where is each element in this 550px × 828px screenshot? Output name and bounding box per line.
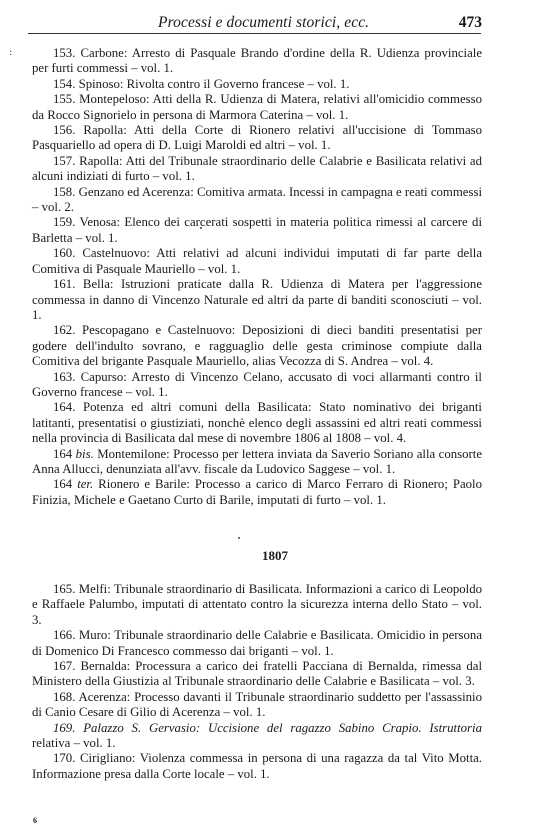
entry-text: Rapolla: Atti della Corte di Rionero rel… <box>32 123 482 152</box>
entry-text: Montepeloso: Atti della R. Udienza di Ma… <box>32 92 482 121</box>
entry-162: 162. Pescopagano e Castelnuovo: Deposizi… <box>32 323 482 369</box>
entry-text: Bernalda: Processura a carico dei fratel… <box>32 659 482 688</box>
entry-text: Potenza ed altri comuni della Basilicata… <box>32 400 482 445</box>
entry-text: Rionero e Barile: Processo a carico di M… <box>32 477 482 506</box>
entry-suffix: bis. <box>76 447 94 461</box>
entry-number: 158. <box>53 185 75 199</box>
margin-mark: : <box>9 47 12 58</box>
entry-163: 163. Capurso: Arresto di Vincenzo Celano… <box>32 370 482 401</box>
entry-suffix: ter. <box>77 477 93 491</box>
entry-160: 160. Castelnuovo: Atti relativi ad alcun… <box>32 246 482 277</box>
entry-number: 162. <box>53 323 75 337</box>
year-heading: 1807 <box>0 548 550 564</box>
header-rule <box>28 33 481 34</box>
entry-text: relativa – vol. 1. <box>32 736 116 750</box>
entry-text: Rapolla: Atti del Tribunale straordinari… <box>32 154 482 183</box>
entry-number: 161. <box>53 277 75 291</box>
entry-164-bis: 164 bis. Montemilone: Processo per lette… <box>32 447 482 478</box>
entry-159: 159. Venosa: Elenco dei carcerati sospet… <box>32 215 482 246</box>
entry-number: 159. <box>53 215 75 229</box>
entry-number: 164 <box>53 447 72 461</box>
entry-number: 154. <box>53 77 75 91</box>
entry-165: 165. Melfi: Tribunale straordinario di B… <box>32 582 482 628</box>
running-title: Processi e documenti storici, ecc. <box>158 14 369 32</box>
entry-text: Genzano ed Acerenza: Comitiva armata. In… <box>32 185 482 214</box>
entry-number: 168. <box>53 690 75 704</box>
entry-156: 156. Rapolla: Atti della Corte di Rioner… <box>32 123 482 154</box>
entry-text: Carbone: Arresto di Pasquale Brando d'or… <box>32 46 482 75</box>
entry-number: 166. <box>53 628 75 642</box>
entry-154: 154. Spinoso: Rivolta contro il Governo … <box>32 77 482 92</box>
entry-167: 167. Bernalda: Processura a carico dei f… <box>32 659 482 690</box>
entry-text: Bella: Istruzioni praticate dalla R. Udi… <box>32 277 482 322</box>
entry-158: 158. Genzano ed Acerenza: Comitiva armat… <box>32 185 482 216</box>
entry-170: 170. Cirigliano: Violenza commessa in pe… <box>32 751 482 782</box>
entry-number: 165. <box>53 582 75 596</box>
entry-text: Castelnuovo: Atti relativi ad alcuni ind… <box>32 246 482 275</box>
print-speck <box>200 227 202 229</box>
page-header: Processi e documenti storici, ecc. 473 <box>28 6 482 34</box>
entry-text: Cirigliano: Violenza commessa in persona… <box>32 751 482 780</box>
entry-text: Montemilone: Processo per lettera inviat… <box>32 447 482 476</box>
entry-number: 155. <box>53 92 75 106</box>
entry-text: Capurso: Arresto di Vincenzo Celano, acc… <box>32 370 482 399</box>
entry-153: 153. Carbone: Arresto di Pasquale Brando… <box>32 46 482 77</box>
entry-number: 157. <box>53 154 75 168</box>
entry-text: Pescopagano e Castelnuovo: Deposizioni d… <box>32 323 482 368</box>
entry-number: 164 <box>53 477 72 491</box>
signature-mark: 6 <box>33 816 37 825</box>
entry-text: Muro: Tribunale straordinario delle Cala… <box>32 628 482 657</box>
entry-number: 164. <box>53 400 75 414</box>
entry-number: 163. <box>53 370 75 384</box>
entry-164: 164. Potenza ed altri comuni della Basil… <box>32 400 482 446</box>
entry-text: Venosa: Elenco dei carcerati sospetti in… <box>32 215 482 244</box>
entry-155: 155. Montepeloso: Atti della R. Udienza … <box>32 92 482 123</box>
page-number: 473 <box>459 14 482 32</box>
entry-number: 156. <box>53 123 75 137</box>
entry-text: Acerenza: Processo davanti il Tribunale … <box>32 690 482 719</box>
entry-number: 167. <box>53 659 75 673</box>
entry-166: 166. Muro: Tribunale straordinario delle… <box>32 628 482 659</box>
entry-number: 169. <box>53 721 75 735</box>
entry-168: 168. Acerenza: Processo davanti il Tribu… <box>32 690 482 721</box>
entry-157: 157. Rapolla: Atti del Tribunale straord… <box>32 154 482 185</box>
entry-number: 160. <box>53 246 75 260</box>
print-speck <box>238 537 240 539</box>
entry-161: 161. Bella: Istruzioni praticate dalla R… <box>32 277 482 323</box>
entry-169: 169. Palazzo S. Gervasio: Uccisione del … <box>32 721 482 752</box>
entry-number: 153. <box>53 46 75 60</box>
entry-number: 170. <box>53 751 75 765</box>
entry-164-ter: 164 ter. Rionero e Barile: Processo a ca… <box>32 477 482 508</box>
entries-list-before: 153. Carbone: Arresto di Pasquale Brando… <box>32 46 482 508</box>
entry-text: Melfi: Tribunale straordinario di Basili… <box>32 582 482 627</box>
entry-italic-text: Palazzo S. Gervasio: Uccisione del ragaz… <box>83 721 482 735</box>
document-page: Processi e documenti storici, ecc. 473 :… <box>0 0 550 828</box>
entry-text: Spinoso: Rivolta contro il Governo franc… <box>79 77 350 91</box>
entries-list-after: 165. Melfi: Tribunale straordinario di B… <box>32 582 482 782</box>
